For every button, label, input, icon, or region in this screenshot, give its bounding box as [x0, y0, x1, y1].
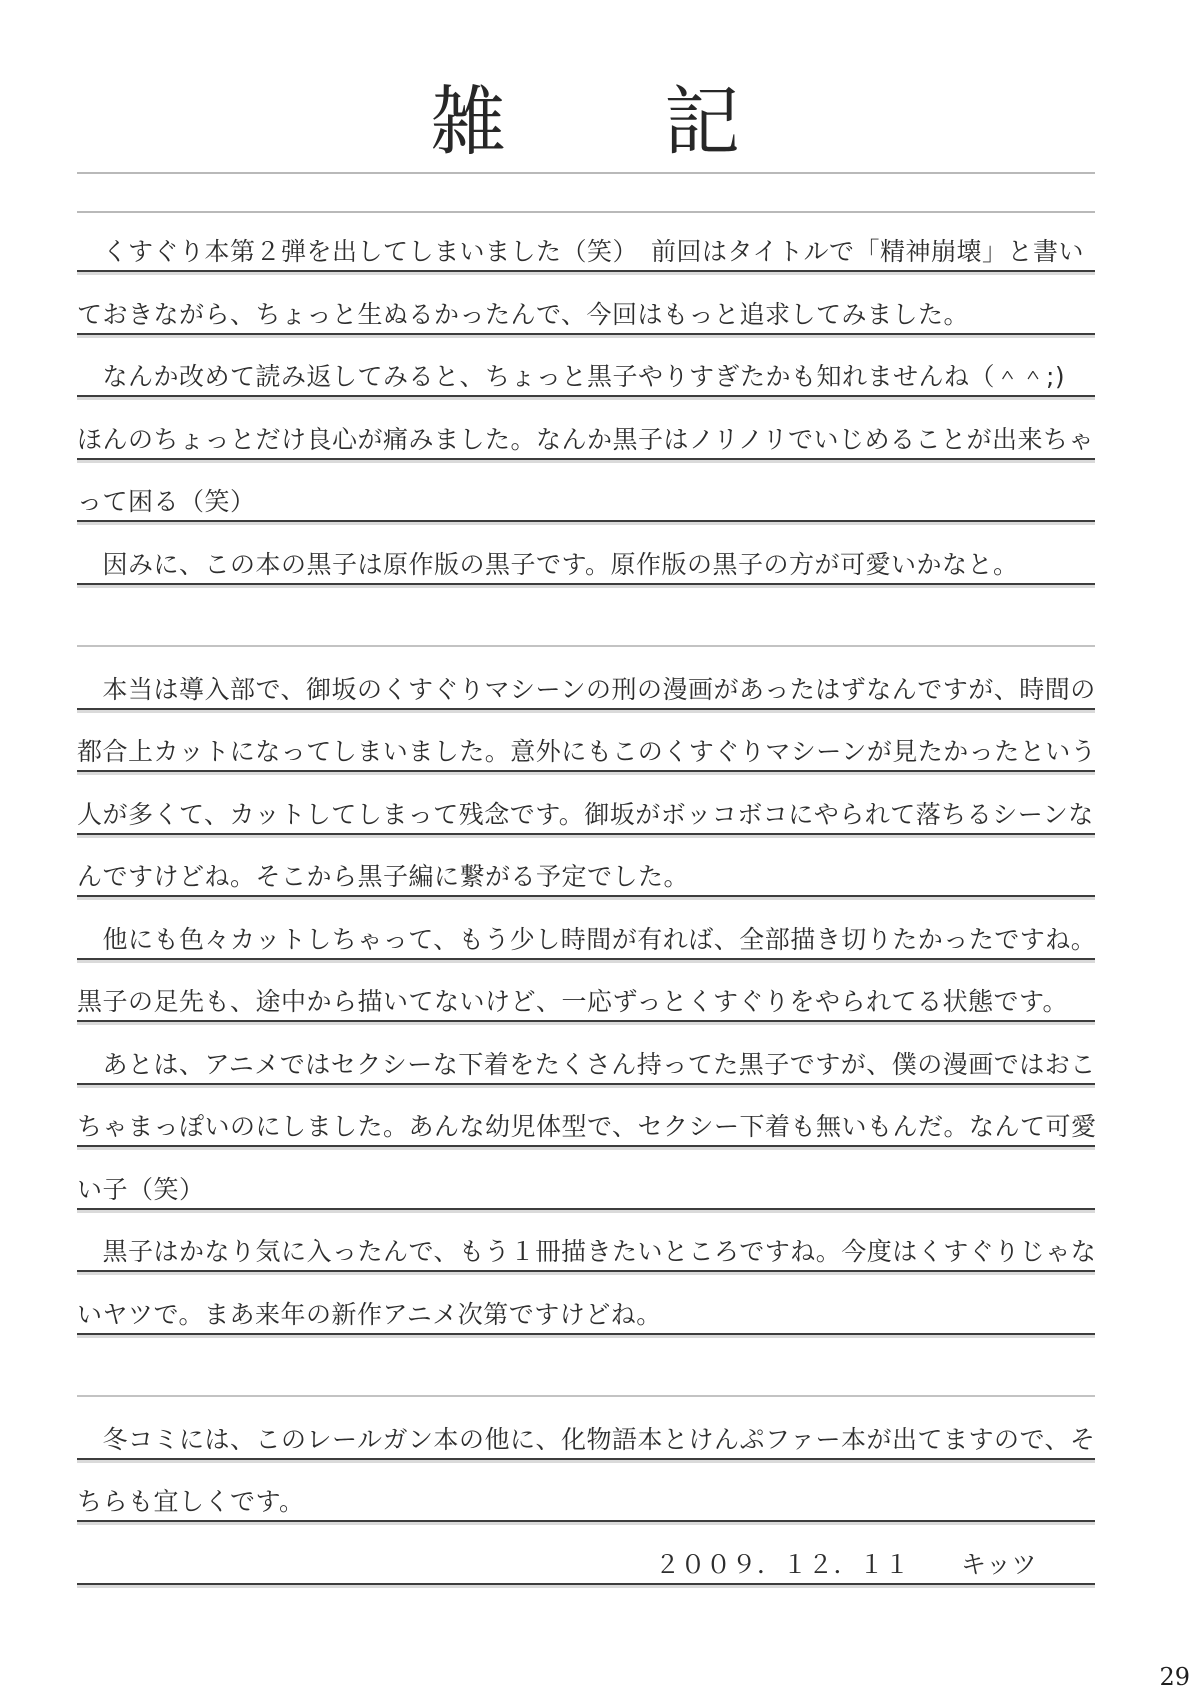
line-text: くすぐり本第２弾を出してしまいました（笑） 前回はタイトルで「精神崩壊」と書い: [77, 239, 1084, 270]
line-text: あとは、アニメではセクシーな下着をたくさん持ってた黒子ですが、僕の漫画ではおこ: [77, 1052, 1096, 1083]
line-text: ておきながら、ちょっと生ぬるかったんで、今回はもっと追求してみました。: [77, 302, 969, 333]
line-text: 黒子はかなり気に入ったんで、もう１冊描きたいところですね。今度はくすぐりじゃな: [77, 1239, 1096, 1270]
line-text: 人が多くて、カットしてしまって残念です。御坂がボッコボコにやられて落ちるシーンな: [77, 802, 1094, 833]
line-text: なんか改めて読み返してみると、ちょっと黒子やりすぎたかも知れませんね（＾＾;): [77, 364, 1065, 395]
text-line: くすぐり本第２弾を出してしまいました（笑） 前回はタイトルで「精神崩壊」と書い: [77, 228, 1095, 272]
line-text: ちらも宜しくです。: [77, 1489, 305, 1520]
line-text: ちゃまっぽいのにしました。あんな幼児体型で、セクシー下着も無いもんだ。なんて可愛: [77, 1114, 1097, 1145]
line-text: んですけどね。そこから黒子編に繋がる予定でした。: [77, 864, 689, 895]
line-text: 黒子の足先も、途中から描いてないけど、一応ずっとくすぐりをやられてる状態です。: [77, 989, 1068, 1020]
page-number: 29: [1159, 1663, 1190, 1691]
text-line: ちゃまっぽいのにしました。あんな幼児体型で、セクシー下着も無いもんだ。なんて可愛: [77, 1103, 1095, 1147]
text-line: 都合上カットになってしまいました。意外にもこのくすぐりマシーンが見たかったという: [77, 728, 1095, 772]
line-text: 本当は導入部で、御坂のくすぐりマシーンの刑の漫画があったはずなんですが、時間の: [77, 677, 1096, 708]
header-rule: [77, 211, 1095, 213]
text-line: なんか改めて読み返してみると、ちょっと黒子やりすぎたかも知れませんね（＾＾;): [77, 353, 1095, 397]
text-line: って困る（笑）: [77, 478, 1095, 522]
text-line: ちらも宜しくです。: [77, 1478, 1095, 1522]
text-line: んですけどね。そこから黒子編に繋がる予定でした。: [77, 853, 1095, 897]
text-line: 因みに、この本の黒子は原作版の黒子です。原作版の黒子の方が可愛いかなと。: [77, 541, 1095, 585]
line-text: 他にも色々カットしちゃって、もう少し時間が有れば、全部描き切りたかったですね。: [77, 927, 1096, 958]
text-line: 黒子はかなり気に入ったんで、もう１冊描きたいところですね。今度はくすぐりじゃな: [77, 1228, 1095, 1272]
line-text: い子（笑）: [77, 1177, 205, 1208]
text-line: 黒子の足先も、途中から描いてないけど、一応ずっとくすぐりをやられてる状態です。: [77, 978, 1095, 1022]
line-text: って困る（笑）: [77, 489, 256, 520]
text-line: ておきながら、ちょっと生ぬるかったんで、今回はもっと追求してみました。: [77, 291, 1095, 335]
text-line: 他にも色々カットしちゃって、もう少し時間が有れば、全部描き切りたかったですね。: [77, 916, 1095, 960]
line-text: ほんのちょっとだけ良心が痛みました。なんか黒子はノリノリでいじめることが出来ちゃ: [77, 427, 1094, 458]
text-line: 本当は導入部で、御坂のくすぐりマシーンの刑の漫画があったはずなんですが、時間の: [77, 666, 1095, 710]
text-line: 人が多くて、カットしてしまって残念です。御坂がボッコボコにやられて落ちるシーンな: [77, 791, 1095, 835]
header-rule: [77, 172, 1095, 174]
line-text: 因みに、この本の黒子は原作版の黒子です。原作版の黒子の方が可愛いかなと。: [77, 552, 1019, 583]
text-line: ほんのちょっとだけ良心が痛みました。なんか黒子はノリノリでいじめることが出来ちゃ: [77, 416, 1095, 460]
text-line: いヤツで。まあ来年の新作アニメ次第ですけどね。: [77, 1291, 1095, 1335]
text-line: 冬コミには、このレールガン本の他に、化物語本とけんぷファー本が出てますので、そ: [77, 1416, 1095, 1460]
text-line: い子（笑）: [77, 1166, 1095, 1210]
line-text: いヤツで。まあ来年の新作アニメ次第ですけどね。: [77, 1302, 662, 1333]
text-line: ２００９．１２．１１ キッツ: [77, 1541, 1095, 1585]
line-text: ２００９．１２．１１ キッツ: [655, 1552, 1095, 1583]
empty-line: [77, 1353, 1095, 1397]
page-title: 雑 記: [77, 78, 1095, 165]
document-page: 雑 記 くすぐり本第２弾を出してしまいました（笑） 前回はタイトルで「精神崩壊」…: [0, 0, 1200, 1695]
empty-line: [77, 603, 1095, 647]
line-text: 都合上カットになってしまいました。意外にもこのくすぐりマシーンが見たかったという: [77, 739, 1096, 770]
line-text: 冬コミには、このレールガン本の他に、化物語本とけんぷファー本が出てますので、そ: [77, 1427, 1096, 1458]
text-line: あとは、アニメではセクシーな下着をたくさん持ってた黒子ですが、僕の漫画ではおこ: [77, 1041, 1095, 1085]
